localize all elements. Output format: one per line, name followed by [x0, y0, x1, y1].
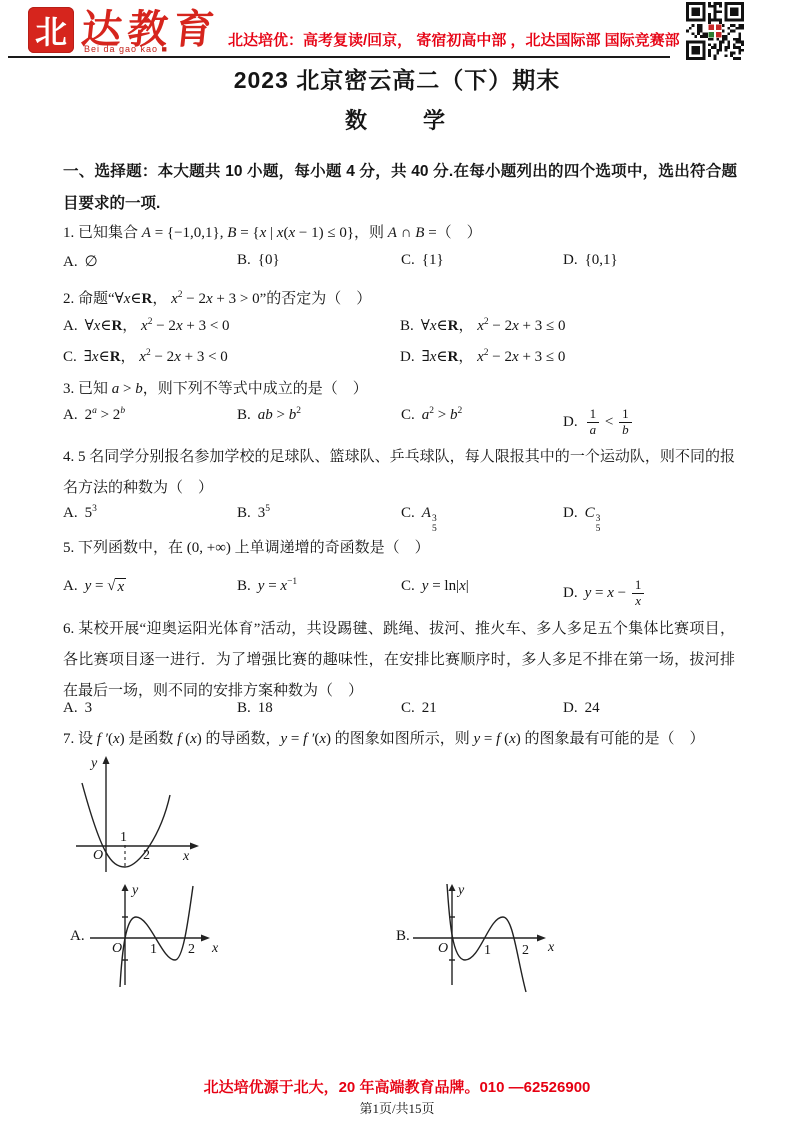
- option-label: C.: [401, 407, 415, 423]
- question-7-stem: 7. 设 f ′(x) 是函数 f (x) 的导函数，y = f ′(x) 的图…: [63, 726, 735, 752]
- origin-label: O: [93, 848, 103, 863]
- tick-label-1: 1: [120, 830, 127, 845]
- option-value: 1a < 1b: [585, 414, 634, 430]
- option-value: {0,1}: [585, 252, 618, 268]
- option-value: 53: [85, 505, 97, 521]
- question-5-option-b: B.y = x−1: [237, 578, 297, 595]
- question-2-stem: 2. 命题“∀x∈R， x2 − 2x + 3 > 0”的否定为（ ）: [63, 286, 735, 312]
- question-6-option-b: B.18: [237, 700, 273, 717]
- option-label: B.: [400, 318, 414, 334]
- option-label: B.: [237, 578, 251, 594]
- question-5-stem: 5. 下列函数中，在 (0, +∞) 上单调递增的奇函数是（ ）: [63, 535, 735, 561]
- question-2-option-b: B.∀x∈R， x2 − 2x + 3 ≤ 0: [400, 314, 565, 335]
- figure-b-label: B.: [396, 928, 410, 945]
- question-2-option-c: C.∃x∈R， x2 − 2x + 3 < 0: [63, 345, 228, 366]
- option-label: C.: [63, 349, 77, 365]
- option-label: D.: [563, 414, 578, 430]
- question-5-option-a: A.y = √x: [63, 578, 126, 596]
- question-3-option-b: B.ab > b2: [237, 407, 301, 424]
- question-6-stem: 6. 某校开展“迎奥运阳光体育”活动，共设踢毽、跳绳、拔河、推火车、多人多足五个…: [63, 614, 735, 707]
- option-value: A35: [422, 505, 437, 521]
- qr-code: [686, 2, 744, 60]
- option-value: 35: [258, 505, 270, 521]
- option-value: {0}: [258, 252, 280, 268]
- tick-label-1: 1: [484, 943, 491, 958]
- option-value: 18: [258, 700, 273, 716]
- question-1-option-a: A.∅: [63, 252, 98, 271]
- option-label: A.: [63, 407, 78, 423]
- figure-a-label: A.: [70, 928, 85, 945]
- question-1-stem: 1. 已知集合 A = {−1,0,1}, B = {x | x(x − 1) …: [63, 220, 735, 246]
- option-value: y = x−1: [258, 578, 297, 594]
- question-4-option-d: D.C35: [563, 505, 600, 535]
- question-4-option-c: C.A35: [401, 505, 437, 535]
- option-label: A.: [63, 578, 78, 594]
- header-divider: [8, 56, 670, 58]
- option-value: ∃x∈R， x2 − 2x + 3 ≤ 0: [422, 349, 566, 365]
- option-value: 2a > 2b: [85, 407, 125, 423]
- question-6-options: A.3 B.18 C.21 D.24: [63, 700, 735, 726]
- question-4-stem: 4. 5 名同学分别报名参加学校的足球队、篮球队、乒乓球队，每人限报其中的一个运…: [63, 442, 735, 504]
- tick-label-2: 2: [188, 942, 195, 957]
- option-label: D.: [563, 700, 578, 716]
- option-value: 3: [85, 700, 93, 716]
- question-5-options: A.y = √x B.y = x−1 C.y = ln|x| D.y = x −…: [63, 578, 735, 604]
- question-1-options: A.∅ B.{0} C.{1} D.{0,1}: [63, 252, 735, 278]
- axis-label-x: x: [182, 849, 190, 864]
- axis-label-y: y: [456, 883, 465, 898]
- option-value: ∃x∈R， x2 − 2x + 3 < 0: [84, 349, 228, 365]
- option-label: A.: [63, 700, 78, 716]
- option-label: C.: [401, 578, 415, 594]
- option-label: A.: [63, 254, 78, 270]
- question-6-option-c: C.21: [401, 700, 437, 717]
- question-4-option-a: A.53: [63, 505, 97, 522]
- axis-label-y: y: [89, 756, 98, 771]
- subject-title: 数 学: [0, 104, 794, 135]
- option-label: C.: [401, 700, 415, 716]
- option-label: D.: [563, 585, 578, 601]
- question-1-option-d: D.{0,1}: [563, 252, 618, 269]
- option-label: B.: [237, 505, 251, 521]
- question-4-options: A.53 B.35 C.A35 D.C35: [63, 505, 735, 531]
- tick-label-2: 2: [143, 848, 150, 863]
- option-value: y = √x: [85, 578, 127, 594]
- option-value: y = x − 1x: [585, 585, 647, 601]
- brand-seal-logo: 北: [28, 7, 74, 53]
- exam-page: 北 达教育 Bei da gao kao ■ 北达培优：高考复读/回京， 寄宿初…: [0, 0, 794, 1123]
- question-1-option-b: B.{0}: [237, 252, 280, 269]
- question-1-option-c: C.{1}: [401, 252, 444, 269]
- question-6-option-d: D.24: [563, 700, 600, 717]
- option-value: ∅: [85, 254, 98, 270]
- axis-label-x: x: [547, 940, 555, 955]
- fprime-graph: y x O 1 2: [73, 753, 203, 878]
- tick-label-1: 1: [150, 942, 157, 957]
- axis-label-x: x: [211, 941, 219, 956]
- question-3-stem: 3. 已知 a > b，则下列不等式中成立的是（ ）: [63, 376, 735, 402]
- option-label: C.: [401, 252, 415, 268]
- question-3-option-c: C.a2 > b2: [401, 407, 462, 424]
- option-b-graph: y x O 1 2: [410, 880, 560, 998]
- option-value: ∀x∈R， x2 − 2x + 3 < 0: [85, 318, 230, 334]
- section-heading: 一、选择题：本大题共 10 小题，每小题 4 分，共 40 分.在每小题列出的四…: [63, 156, 737, 220]
- header-slogan: 北达培优：高考复读/回京， 寄宿初高中部 ，北达国际部 国际竞赛部: [228, 29, 680, 50]
- brand-tagline: Bei da gao kao ■: [84, 44, 168, 54]
- question-2-options-row2: C.∃x∈R， x2 − 2x + 3 < 0 D.∃x∈R， x2 − 2x …: [63, 345, 735, 371]
- question-2-option-a: A.∀x∈R， x2 − 2x + 3 < 0: [63, 314, 230, 335]
- page-number: 第1页/共15页: [0, 1098, 794, 1117]
- option-value: C35: [585, 505, 601, 521]
- question-6-option-a: A.3: [63, 700, 92, 717]
- option-value: ab > b2: [258, 407, 301, 423]
- option-label: C.: [401, 505, 415, 521]
- origin-label: O: [112, 941, 122, 956]
- option-value: {1}: [422, 252, 444, 268]
- option-value: y = ln|x|: [422, 578, 469, 594]
- option-label: B.: [237, 252, 251, 268]
- option-value: ∀x∈R， x2 − 2x + 3 ≤ 0: [421, 318, 566, 334]
- question-5-option-c: C.y = ln|x|: [401, 578, 469, 595]
- tick-label-2: 2: [522, 943, 529, 958]
- question-2-option-d: D.∃x∈R， x2 − 2x + 3 ≤ 0: [400, 345, 565, 366]
- origin-label: O: [438, 941, 448, 956]
- option-label: D.: [563, 505, 578, 521]
- question-3-options: A.2a > 2b B.ab > b2 C.a2 > b2 D.1a < 1b: [63, 407, 735, 433]
- footer-slogan: 北达培优源于北大，20 年高端教育品牌。010 —62526900: [0, 1076, 794, 1097]
- option-label: D.: [563, 252, 578, 268]
- axis-label-y: y: [130, 883, 139, 898]
- option-label: B.: [237, 407, 251, 423]
- option-value: 24: [585, 700, 600, 716]
- option-label: B.: [237, 700, 251, 716]
- option-a-graph: y x O 1 2: [88, 880, 228, 998]
- option-value: 21: [422, 700, 437, 716]
- question-4-option-b: B.35: [237, 505, 270, 522]
- question-2-options-row1: A.∀x∈R， x2 − 2x + 3 < 0 B.∀x∈R， x2 − 2x …: [63, 314, 735, 340]
- page-title: 2023 北京密云高二（下）期末: [0, 62, 794, 95]
- question-5-option-d: D.y = x − 1x: [563, 578, 646, 609]
- option-label: A.: [63, 505, 78, 521]
- question-3-option-d: D.1a < 1b: [563, 407, 634, 438]
- question-3-option-a: A.2a > 2b: [63, 407, 125, 424]
- option-label: A.: [63, 318, 78, 334]
- option-label: D.: [400, 349, 415, 365]
- option-value: a2 > b2: [422, 407, 462, 423]
